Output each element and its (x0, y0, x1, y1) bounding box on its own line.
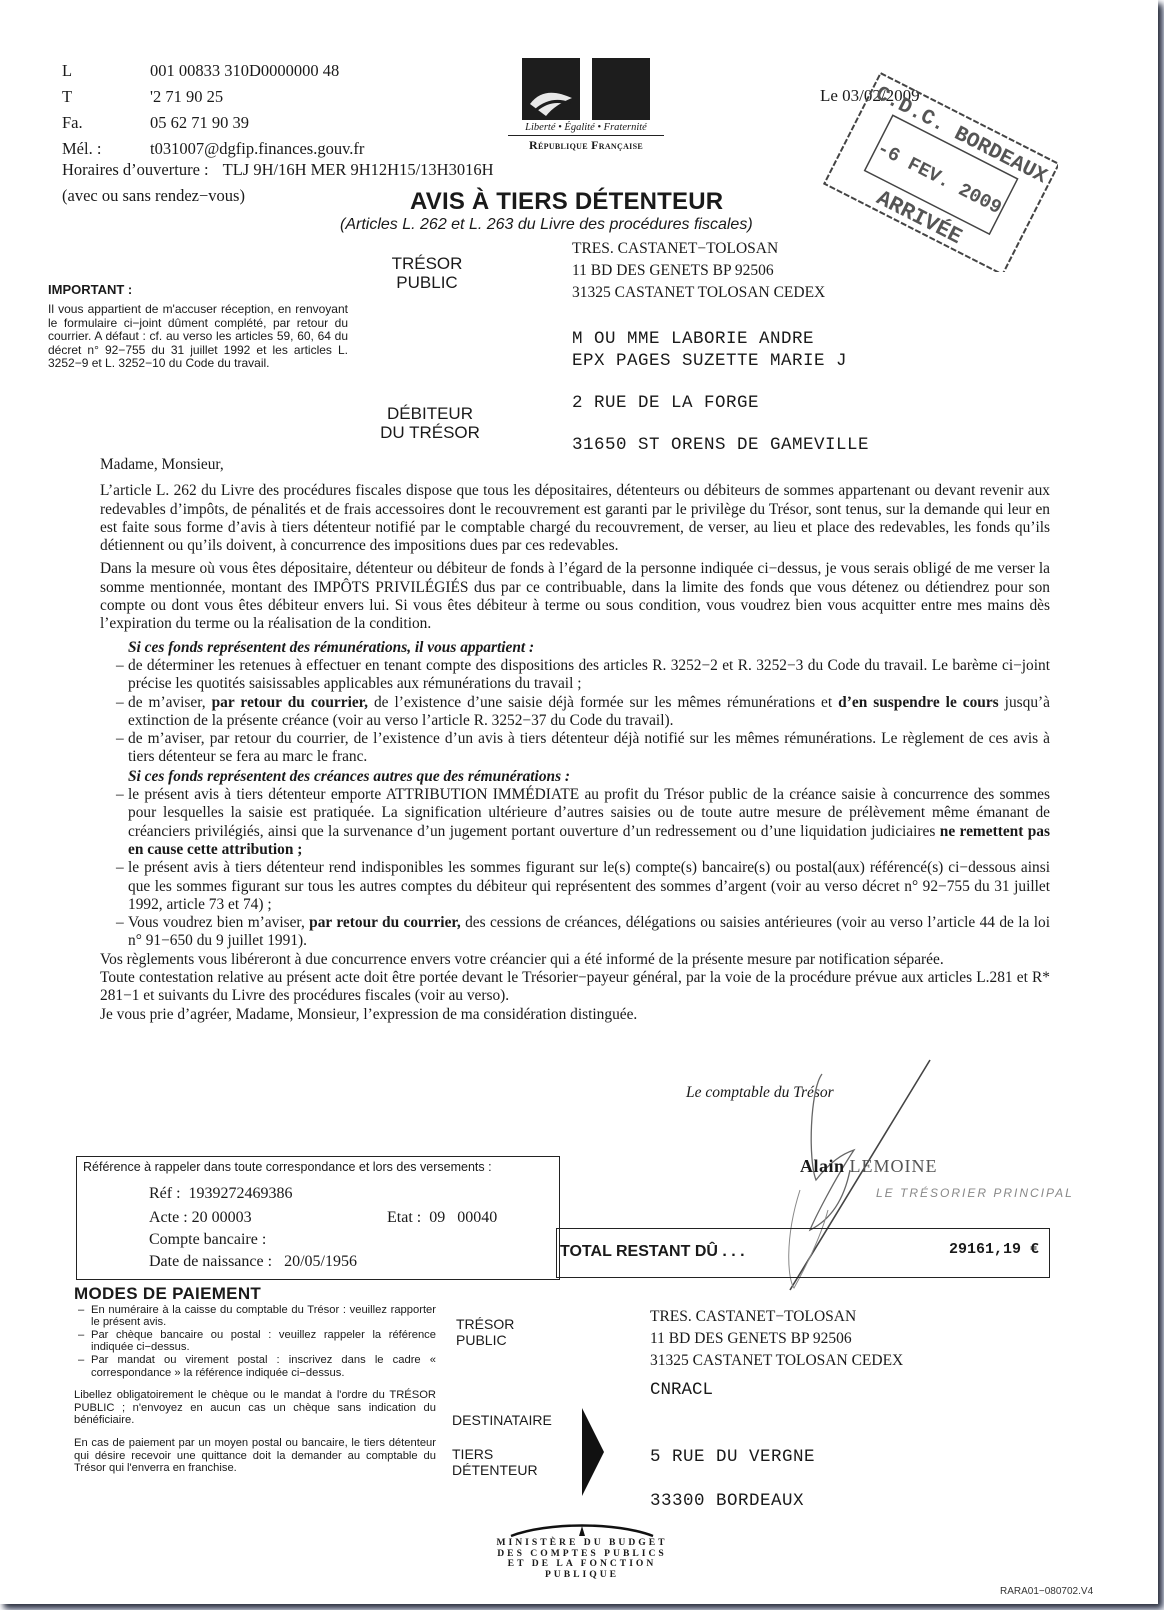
remunerations-item-2: de m’aviser, par retour du courrier, de … (100, 694, 1050, 731)
recipient-name: CNRACL (650, 1380, 713, 1400)
republique-francaise-logo: Liberté • Égalité • Fraternité Républiqu… (508, 58, 664, 153)
payment-note-payee: Libellez obligatoirement le chèque ou le… (74, 1389, 436, 1427)
contact-row-email: Mél. :t031007@dgfip.finances.gouv.fr (62, 136, 364, 162)
letter-body: Madame, Monsieur, L’article L. 262 du Li… (100, 456, 1050, 1024)
document-subtitle: (Articles L. 262 et L. 263 du Livre des … (340, 216, 753, 234)
paragraph-2: Dans la mesure où vous êtes dépositaire,… (100, 560, 1050, 633)
reference-box: Référence à rappeler dans toute correspo… (76, 1156, 560, 1280)
paragraph-4: Toute contestation relative au présent a… (100, 969, 1050, 1006)
signatory-name: Alain LEMOINE (800, 1156, 938, 1177)
email-link[interactable]: t031007@dgfip.finances.gouv.fr (150, 136, 364, 162)
contact-block: L001 00833 310D0000000 48 T'2 71 90 25 F… (62, 58, 364, 162)
payment-mode-cheque: Par chèque bancaire ou postal : veuillez… (76, 1329, 436, 1354)
paragraph-1: L’article L. 262 du Livre des procédures… (100, 482, 1050, 555)
recipient-city: 33300 BORDEAUX (650, 1491, 804, 1511)
ministry-logo: MINISTÈRE DU BUDGET DES COMPTES PUBLICS … (472, 1520, 692, 1580)
debtor-address: M OU MME LABORIE ANDRE EPX PAGES SUZETTE… (572, 328, 869, 456)
total-due-amount: 29161,19 € (949, 1241, 1039, 1258)
section-creances-title: Si ces fonds représentent des créances a… (128, 768, 1050, 786)
payment-modes: MODES DE PAIEMENT En numéraire à la cais… (74, 1288, 436, 1475)
remunerations-item-3: de m’aviser, par retour du courrier, de … (100, 730, 1050, 767)
form-code: RARA01−080702.V4 (1000, 1586, 1093, 1597)
marianne-icon (522, 58, 650, 120)
republic-name: République Française (508, 138, 664, 153)
paragraph-3: Vos règlements vous libéreront à due con… (100, 951, 1050, 969)
total-due-label: TOTAL RESTANT DÛ . . . (560, 1243, 745, 1261)
remunerations-item-1: de déterminer les retenues à effectuer e… (100, 657, 1050, 694)
payment-mode-transfer: Par mandat ou virement postal : inscrive… (76, 1354, 436, 1379)
opening-hours: Horaires d’ouverture :TLJ 9H/16H MER 9H1… (62, 160, 493, 180)
reference-header: Référence à rappeler dans toute correspo… (77, 1157, 559, 1177)
important-notice: IMPORTANT : Il vous appartient de m'accu… (48, 282, 348, 371)
sender-label: TRÉSOR PUBLIC (456, 1316, 514, 1348)
payment-modes-heading: MODES DE PAIEMENT (74, 1288, 436, 1301)
creditor-label: TRÉSOR PUBLIC (382, 254, 472, 292)
creances-item-1: le présent avis à tiers détenteur emport… (100, 786, 1050, 859)
bank-account: Compte bancaire : (149, 1231, 266, 1249)
debtor-label: DÉBITEUR DU TRÉSOR (370, 404, 490, 442)
arrow-right-icon (582, 1408, 604, 1496)
contact-row-fax: Fa.05 62 71 90 39 (62, 110, 364, 136)
sender-address: TRES. CASTANET−TOLOSAN 11 BD DES GENETS … (650, 1306, 903, 1372)
creances-item-2: le présent avis à tiers détenteur rend i… (100, 859, 1050, 914)
signatory-title-stamp: LE TRÉSORIER PRINCIPAL (876, 1186, 1074, 1200)
creances-item-3: Vous voudrez bien m’aviser, par retour d… (100, 914, 1050, 951)
document-page: L001 00833 310D0000000 48 T'2 71 90 25 F… (0, 0, 1158, 1604)
contact-row-phone: T'2 71 90 25 (62, 84, 364, 110)
payment-note-receipt: En cas de paiement par un moyen postal o… (74, 1437, 436, 1475)
creditor-address: TRES. CASTANET−TOLOSAN 11 BD DES GENETS … (572, 238, 825, 304)
total-due-box: TOTAL RESTANT DÛ . . . 29161,19 € (556, 1228, 1050, 1278)
reference-number: Réf : 1939272469386 (149, 1185, 293, 1203)
svg-text:C.D.C. BORDEAUX: C.D.C. BORDEAUX (871, 83, 1050, 189)
appointment-note: (avec ou sans rendez−vous) (62, 186, 245, 206)
payment-mode-cash: En numéraire à la caisse du comptable du… (76, 1304, 436, 1329)
acte-number: Acte : 20 00003 (149, 1209, 252, 1227)
recipient-street: 5 RUE DU VERGNE (650, 1447, 815, 1467)
contact-row-account: L001 00833 310D0000000 48 (62, 58, 364, 84)
ministry-arc-icon (507, 1520, 657, 1538)
closing: Je vous prie d’agréer, Madame, Monsieur,… (100, 1006, 1050, 1024)
salutation: Madame, Monsieur, (100, 456, 1050, 474)
third-party-label: TIERS DÉTENTEUR (452, 1446, 538, 1478)
recipient-label: DESTINATAIRE (452, 1412, 552, 1428)
section-remunerations-title: Si ces fonds représentent des rémunérati… (128, 639, 1050, 657)
document-title: AVIS À TIERS DÉTENTEUR (410, 188, 723, 216)
republic-motto: Liberté • Égalité • Fraternité (508, 122, 664, 136)
etat-number: Etat : 09 00040 (387, 1209, 497, 1227)
birth-date: Date de naissance : 20/05/1956 (149, 1253, 357, 1271)
received-stamp: C.D.C. BORDEAUX -6 FEV. 2009 ARRIVÉE (818, 72, 1058, 272)
